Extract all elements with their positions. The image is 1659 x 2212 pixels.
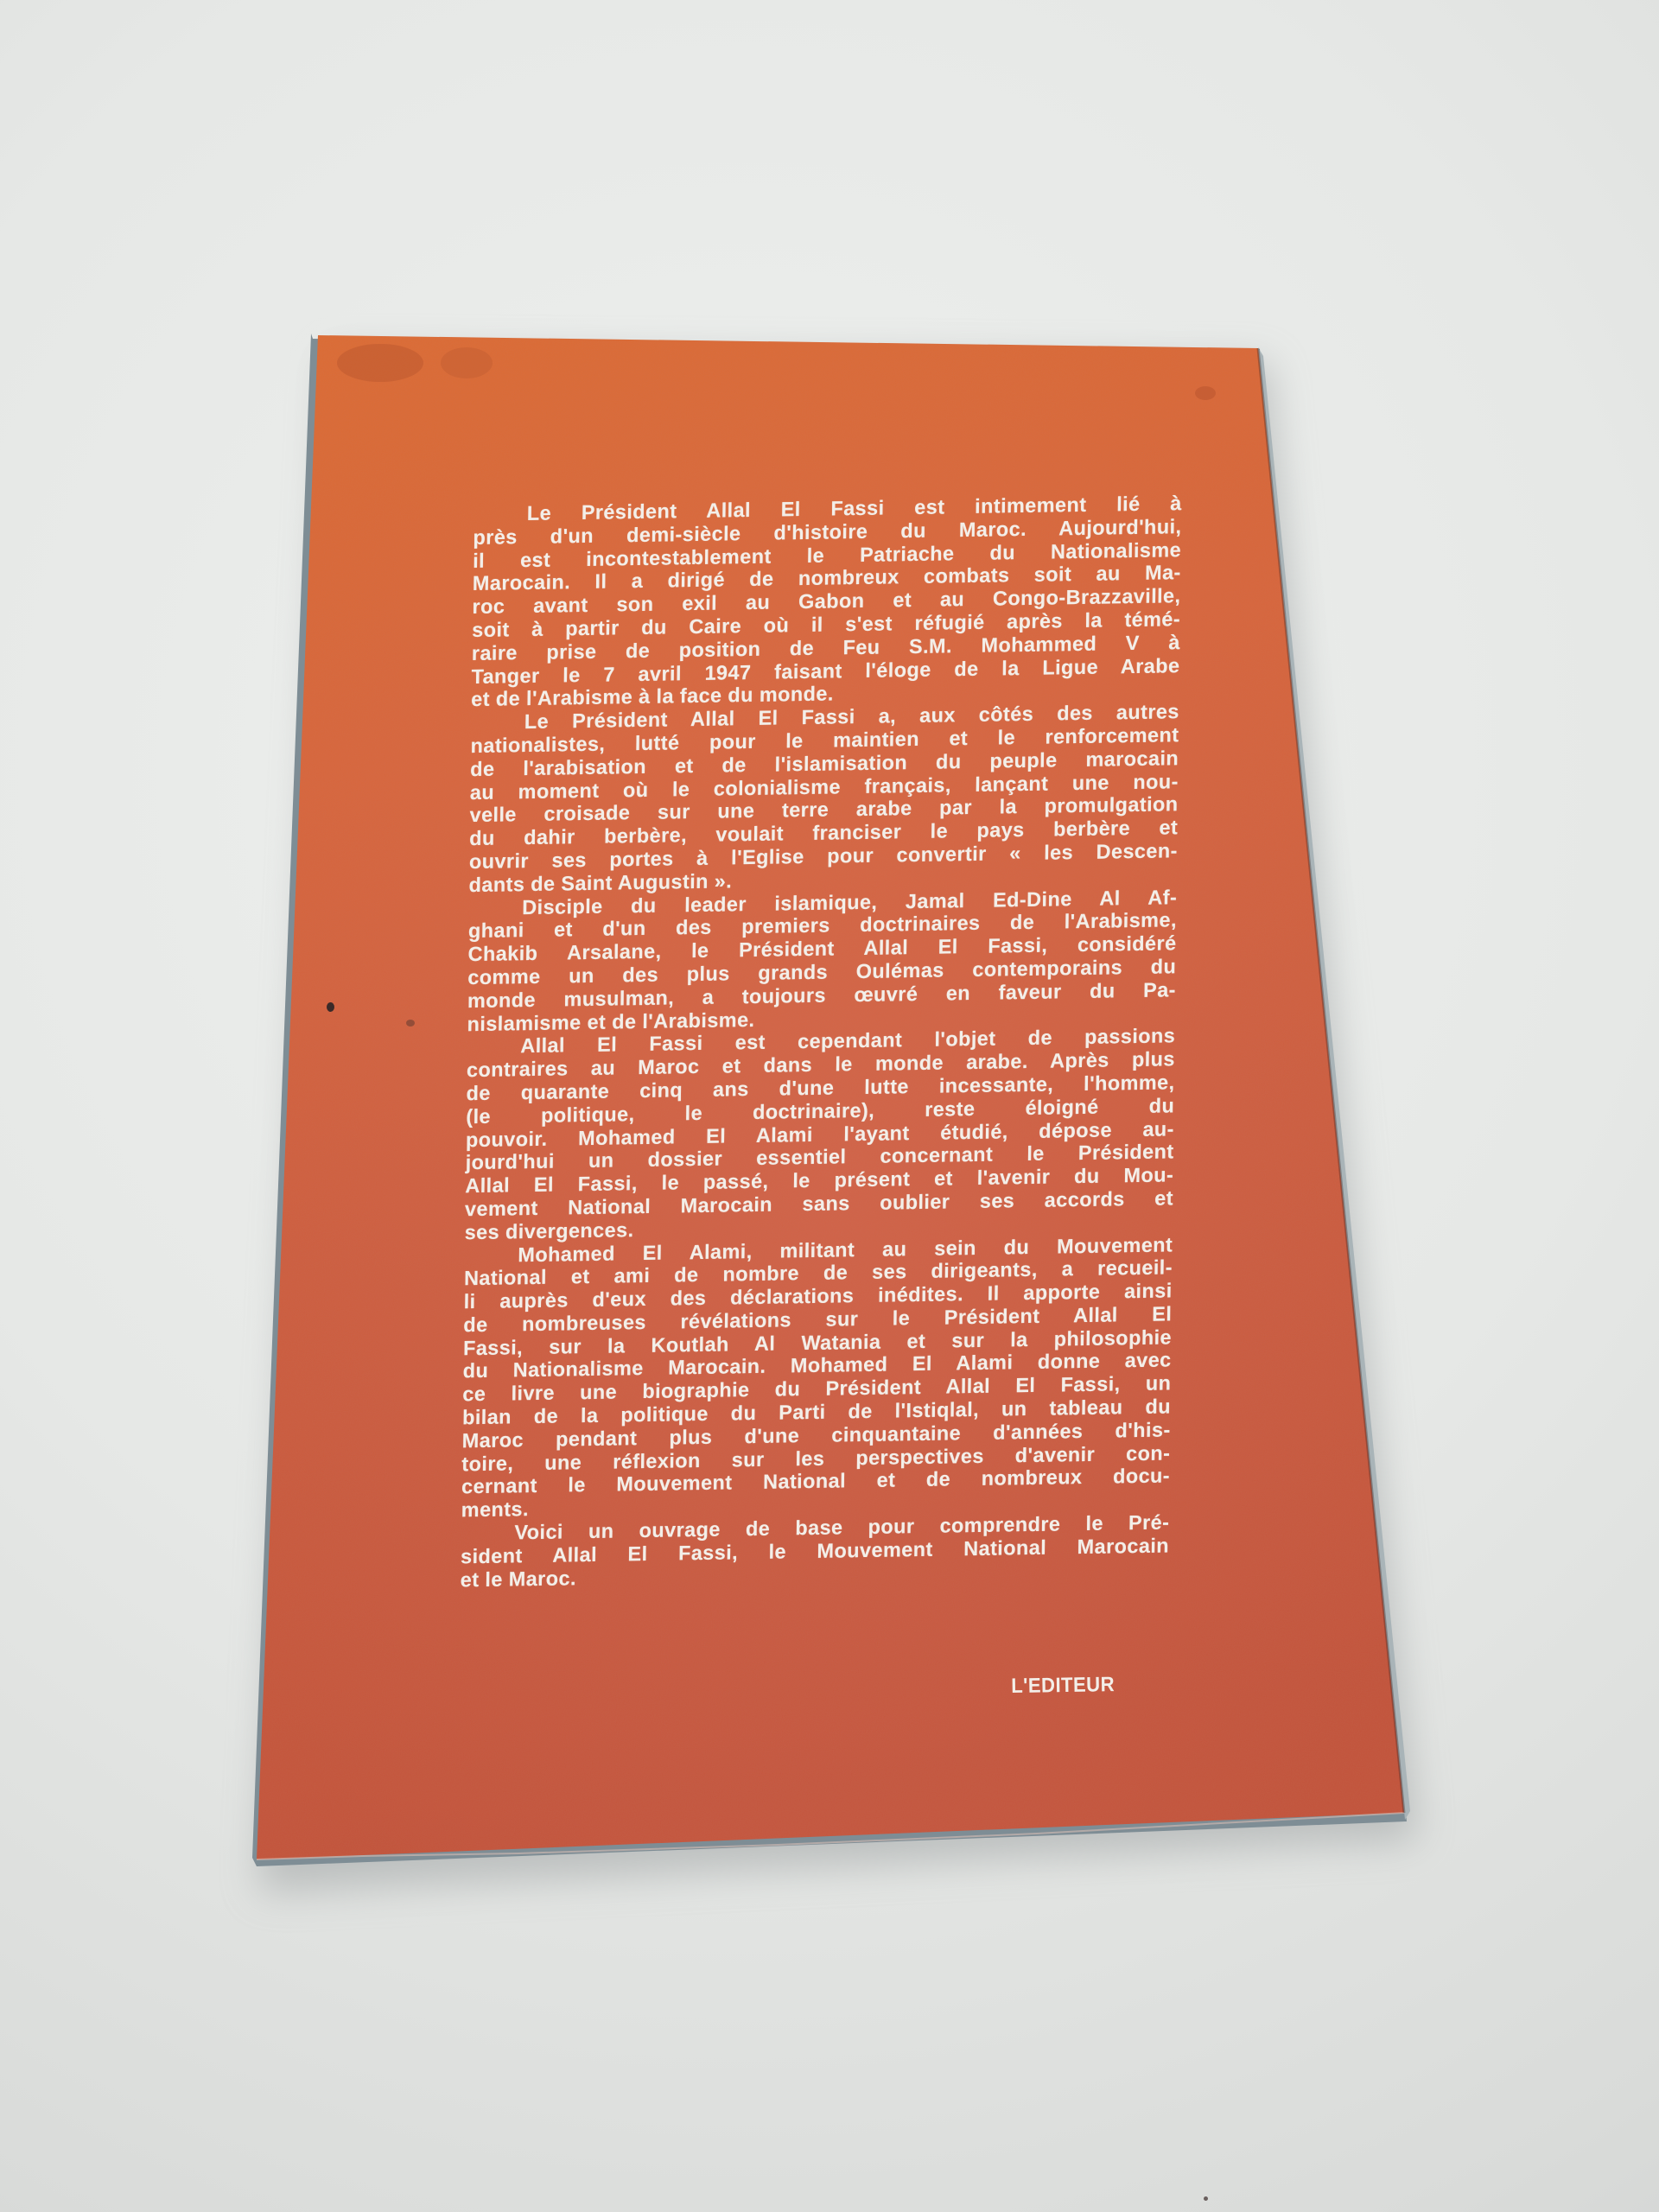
- blurb-paragraph: Mohamed El Alami, militant au sein du Mo…: [461, 1233, 1173, 1522]
- blurb-paragraph: Voici un ouvrage de base pour comprendre…: [461, 1511, 1170, 1592]
- back-cover-blurb: Le Président Allal El Fassi est intimeme…: [461, 492, 1182, 1592]
- blurb-paragraph: Le Président Allal El Fassi a, aux côtés…: [468, 700, 1179, 896]
- stain-spot: [406, 1020, 415, 1027]
- blurb-paragraph: Allal El Fassi est cependant l'objet de …: [465, 1025, 1176, 1244]
- blurb-paragraph: Disciple du leader islamique, Jamal Ed-D…: [467, 886, 1177, 1036]
- stain-spot: [1204, 2196, 1208, 2201]
- publisher-signature: L'EDITEUR: [1011, 1673, 1115, 1699]
- photo-scene: Le Président Allal El Fassi est intimeme…: [0, 0, 1659, 2212]
- stain-spot: [327, 1002, 334, 1012]
- blurb-paragraph: Le Président Allal El Fassi est intimeme…: [471, 492, 1182, 711]
